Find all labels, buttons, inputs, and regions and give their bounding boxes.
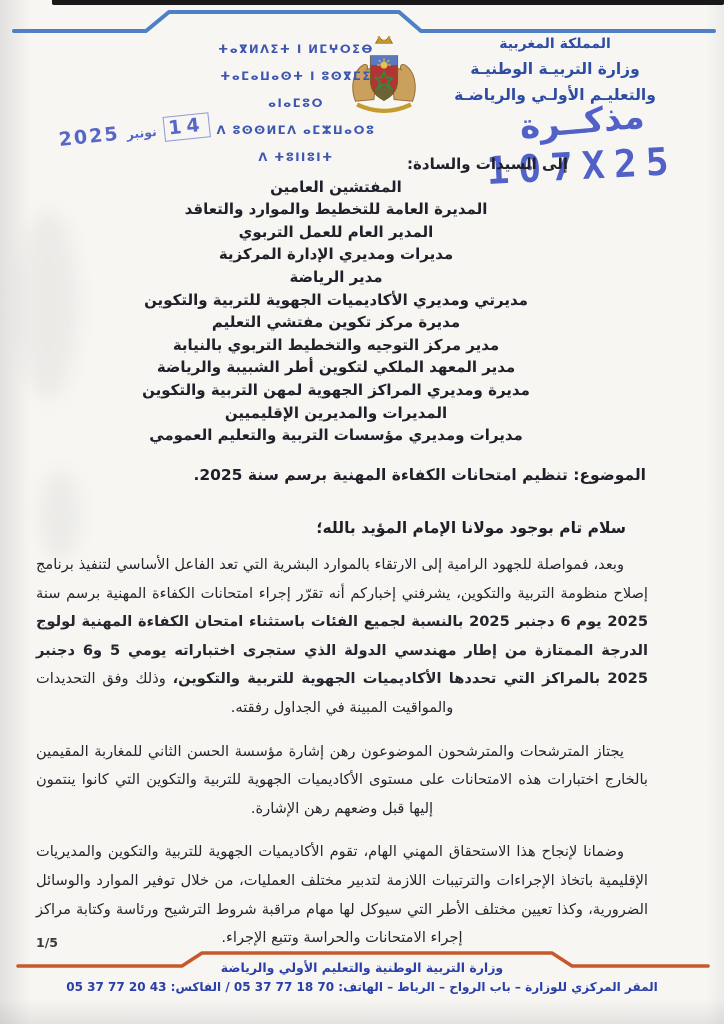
paragraph-1: وبعد، فمواصلة للجهود الرامية إلى الارتقا… <box>36 551 648 723</box>
recipient-line: المفتشين العامين <box>104 176 568 199</box>
recipient-line: المديرات والمديرين الإقليميين <box>104 402 568 425</box>
recipient-line: مديرة ومديري المراكز الجهوية لمهن التربي… <box>104 379 568 402</box>
subject-line: الموضوع: تنظيم امتحانات الكفاءة المهنية … <box>38 466 646 484</box>
header-kingdom-block: المملكة المغربية وزارة التربيـة الوطنيـة… <box>448 32 662 108</box>
subject-text: تنظيم امتحانات الكفاءة المهنية برسم سنة … <box>193 466 573 484</box>
stamp-year: 2025 <box>58 123 121 151</box>
recipient-line: المدير العام للعمل التربوي <box>104 221 568 244</box>
kingdom-title: المملكة المغربية <box>448 32 662 56</box>
footer-address-text: المقر المركزي للوزارة – باب الرواح – الر… <box>334 980 658 994</box>
subject-label: الموضوع: <box>573 466 646 484</box>
recipient-line: مدير الرياضة <box>104 266 568 289</box>
paragraph-1-text: وبعد، فمواصلة للجهود الرامية إلى الارتقا… <box>36 556 648 602</box>
paragraph-2: يجتاز المترشحات والمترشحون الموضوعون رهن… <box>36 738 648 824</box>
letter-body: وبعد، فمواصلة للجهود الرامية إلى الارتقا… <box>36 551 648 968</box>
greeting-line: سلام تام بوجود مولانا الإمام المؤيد بالل… <box>38 519 646 537</box>
ministry-name-line1: وزارة التربيـة الوطنيـة <box>448 56 662 82</box>
date-received-stamp: 14 نونبر 2025 <box>59 112 211 153</box>
scan-smudge <box>18 210 78 400</box>
scanned-memo-page: المملكة المغربية وزارة التربيـة الوطنيـة… <box>0 0 724 1024</box>
footer-fax-label: / الفاكس: <box>166 980 233 994</box>
recipient-line: مدير مركز التوجيه والتخطيط التربوي بالني… <box>104 334 568 357</box>
footer-phone-number: 05 37 77 18 70 <box>234 980 334 994</box>
footer-fax-number: 05 37 77 20 43 <box>66 980 166 994</box>
recipient-line: مديرات ومديري مؤسسات التربية والتعليم ال… <box>104 424 568 447</box>
tifinagh-line: ⵜⴰⴳⵍⴷⵉⵜ ⵏ ⵍⵎⵖⵔⵉⴱ <box>212 36 380 63</box>
recipients-salutation: إلى السيدات والسادة: <box>104 153 568 176</box>
recipient-line: مديرات ومديري الإدارة المركزية <box>104 243 568 266</box>
footer-ministry-name: وزارة التربية الوطنية والتعليم الأولي وا… <box>0 960 724 975</box>
recipients-block: إلى السيدات والسادة: المفتشين العامينالم… <box>104 153 568 447</box>
paragraph-3: وضمانا لإنجاح هذا الاستحقاق المهني الهام… <box>36 838 648 952</box>
tifinagh-line: ⵜⴰⵎⴰⵡⴰⵙⵜ ⵏ ⵓⵙⴳⵎⵉ ⴰⵏⴰⵎⵓⵔ <box>212 63 380 117</box>
recipients-list: المفتشين العامينالمديرة العامة للتخطيط و… <box>104 176 568 447</box>
stamp-month: نونبر <box>126 124 158 142</box>
recipient-line: مدير المعهد الملكي لتكوين أطر الشبيبة وا… <box>104 356 568 379</box>
stamp-day: 14 <box>162 112 211 142</box>
header-tifinagh-block: ⵜⴰⴳⵍⴷⵉⵜ ⵏ ⵍⵎⵖⵔⵉⴱⵜⴰⵎⴰⵡⴰⵙⵜ ⵏ ⵓⵙⴳⵎⵉ ⴰⵏⴰⵎⵓⵔⴷ… <box>212 36 380 171</box>
recipient-line: مديرتي ومديري الأكاديميات الجهوية للتربي… <box>104 289 568 312</box>
footer-address-line: المقر المركزي للوزارة – باب الرواح – الر… <box>0 980 724 994</box>
recipient-line: المديرة العامة للتخطيط والموارد والتعاقد <box>104 198 568 221</box>
recipient-line: مديرة مركز تكوين مفتشي التعليم <box>104 311 568 334</box>
